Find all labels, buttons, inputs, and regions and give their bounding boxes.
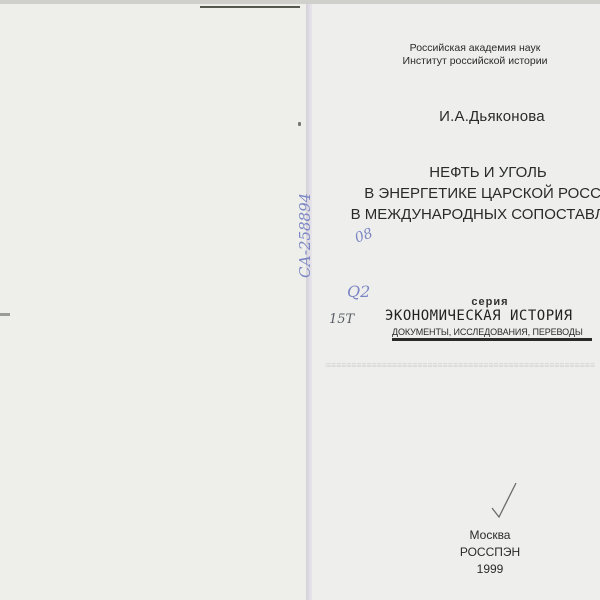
left-blank-page [0, 4, 307, 600]
institution-line-2: Институт российской истории [400, 55, 550, 68]
book-title: НЕФТЬ И УГОЛЬ В ЭНЕРГЕТИКЕ ЦАРСКОЙ РОССИ… [338, 162, 600, 225]
imprint-city: Москва [450, 527, 530, 544]
handwritten-mark-mid: Q2 [347, 282, 370, 301]
left-page-rule [200, 6, 300, 8]
bleed-through-text: ≡≡≡≡≡≡≡≡≡≡≡≡≡≡≡≡≡≡≡≡≡≡≡≡≡≡≡≡≡≡≡≡≡≡≡≡≡≡≡≡… [325, 360, 595, 440]
institution-line-1: Российская академия наук [400, 42, 550, 55]
title-line-1: НЕФТЬ И УГОЛЬ [338, 162, 600, 183]
imprint-publisher: РОССПЭН [450, 544, 530, 561]
handwritten-call-number: СА-258894 [296, 168, 314, 278]
author-name: И.А.Дьяконова [412, 108, 572, 125]
series-name: ЭКОНОМИЧЕСКАЯ ИСТОРИЯ [385, 308, 600, 324]
title-line-3: В МЕЖДУНАРОДНЫХ СОПОСТАВЛЕН [338, 204, 600, 225]
institution: Российская академия наук Институт россий… [400, 42, 550, 68]
imprint: Москва РОССПЭН 1999 [450, 527, 530, 578]
imprint-year: 1999 [450, 561, 530, 578]
title-page [312, 4, 600, 600]
series-label: серия [460, 296, 520, 308]
title-line-2: В ЭНЕРГЕТИКЕ ЦАРСКОЙ РОССИ [338, 183, 600, 204]
checkmark-icon [490, 480, 520, 520]
series-subtitle: ДОКУМЕНТЫ, ИССЛЕДОВАНИЯ, ПЕРЕВОДЫ [392, 327, 592, 341]
margin-mark [0, 313, 10, 316]
handwritten-mark-low: 15Т [329, 312, 354, 327]
speck [298, 122, 301, 126]
